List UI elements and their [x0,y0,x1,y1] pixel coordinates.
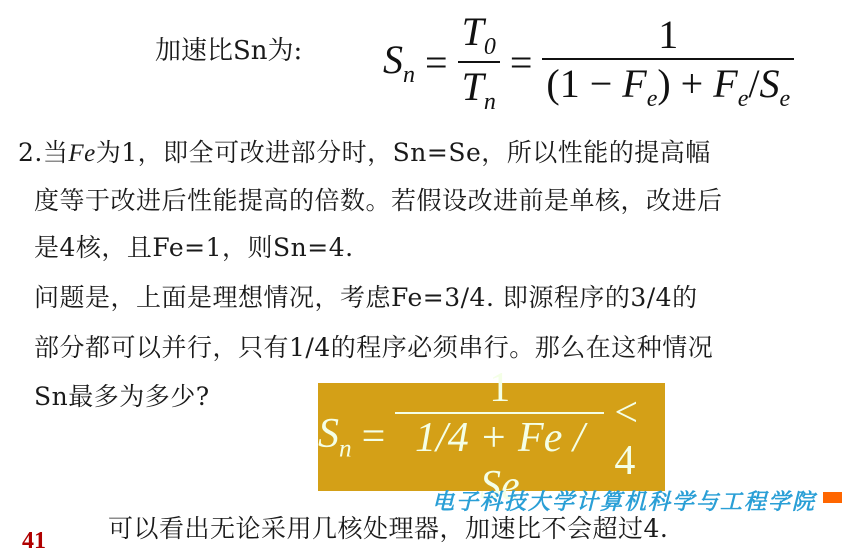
paragraph1-line2: 度等于改进后性能提高的倍数。若假设改进前是单核，改进后 [34,186,723,216]
paragraph2-line2: 部分都可以并行，只有1/4的程序必须串行。那么在这种情况 [34,333,713,363]
speedup-formula: Sn = T0 Tn = 1 (1 − Fe) + Fe/Se [383,8,794,116]
paragraph2-line3: Sn最多为多少? [34,382,210,412]
orange-accent-bar [823,492,842,503]
fraction-amdahl: 1 (1 − Fe) + Fe/Se [542,11,794,113]
formula-lhs: Sn [383,36,415,89]
equals-sign: = [510,39,533,86]
speedup-label: 加速比Sn为: [155,30,302,67]
paragraph1-line1: 2.当Fe为1，即全可改进部分时，Sn=Se，所以性能的提高幅 [18,138,711,169]
result-formula-box: Sn = 1 1/4 + Fe / Se < 4 [318,383,665,491]
page-number: 41 [22,528,46,555]
school-watermark: 电子科技大学计算机科学与工程学院 [432,485,816,516]
equals-sign: = [425,39,448,86]
paragraph2-line1: 问题是，上面是理想情况，考虑Fe=3/4. 即源程序的3/4的 [34,283,698,313]
fraction-t0-tn: T0 Tn [458,8,500,116]
conclusion-text: 可以看出无论采用几核处理器，加速比不会超过4. [108,514,668,544]
paragraph1-line3: 是4核，且Fe=1，则Sn=4. [34,233,354,263]
